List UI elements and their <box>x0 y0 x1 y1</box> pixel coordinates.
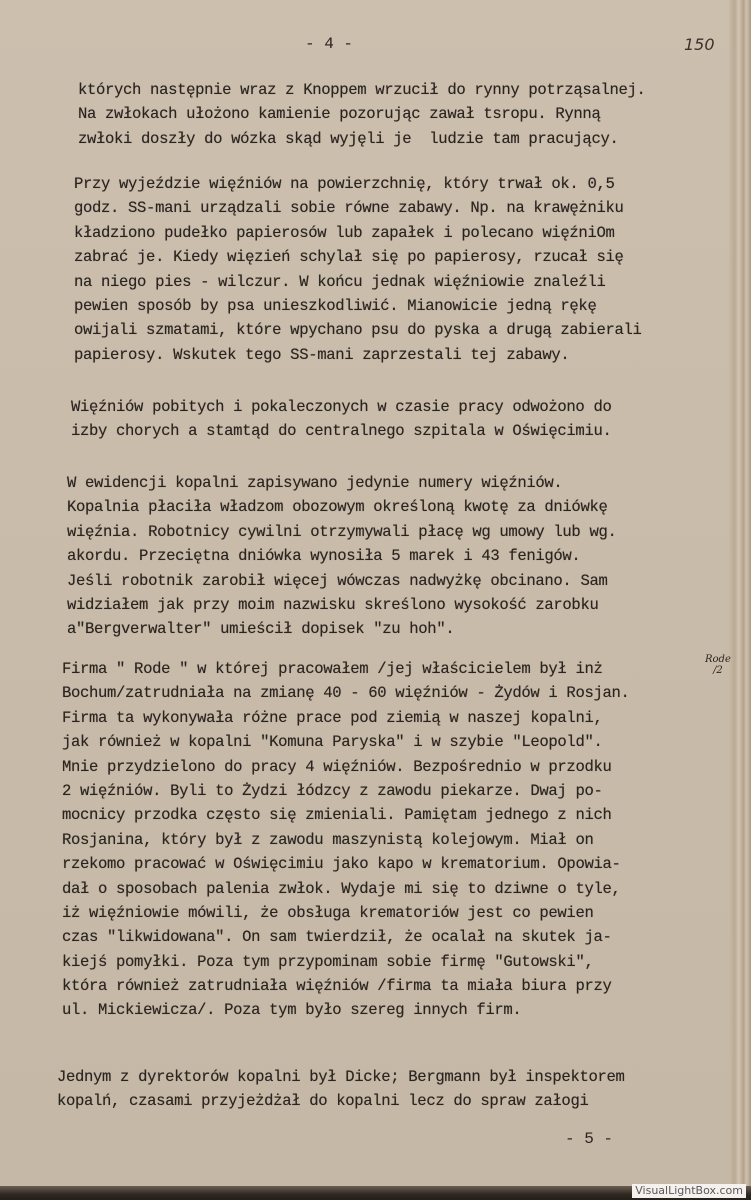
text-line: zabrać je. Kiedy więzień schylał się po … <box>74 245 642 269</box>
text-line: a"Bergverwalter" umieścił dopisek "zu ho… <box>67 617 616 641</box>
text-line: owijali szmatami, które wpychano psu do … <box>74 318 642 342</box>
text-line: widziałem jak przy moim nazwisku skreślo… <box>67 593 616 617</box>
text-line: akordu. Przeciętna dniówka wynosiła 5 ma… <box>67 544 616 568</box>
page-edge <box>729 0 751 1190</box>
text-line: Na zwłokach ułożono kamienie pozorując z… <box>78 102 646 126</box>
text-line: Kopalnia płaciła władzom obozowym określ… <box>67 495 616 519</box>
text-line: na niego pies - wilczur. W końcu jednak … <box>74 270 642 294</box>
text-line: których następnie wraz z Knoppem wrzucił… <box>78 78 646 102</box>
text-line: Mnie przydzielono do pracy 4 więźniów. B… <box>62 755 630 779</box>
paragraph-3: Więźniów pobitych i pokaleczonych w czas… <box>71 395 611 444</box>
text-line: kopalń, czasami przyjeżdżał do kopalni l… <box>57 1089 625 1113</box>
handwritten-margin-note: Rode /2 <box>705 654 731 676</box>
text-line: Jednym z dyrektorów kopalni był Dicke; B… <box>57 1065 625 1089</box>
text-line: Rosjanina, który był z zawodu maszynistą… <box>62 828 630 852</box>
document-page: - 4 - 150 których następnie wraz z Knopp… <box>0 0 751 1190</box>
text-line: więźnia. Robotnicy cywilni otrzymywali p… <box>67 520 616 544</box>
text-line: izby chorych a stamtąd do centralnego sz… <box>71 419 611 443</box>
page-number-header: - 4 - <box>305 35 353 53</box>
text-line: Jeśli robotnik zarobił więcej wówczas na… <box>67 569 616 593</box>
text-line: 2 więźniów. Byli to Żydzi łódzcy z zawod… <box>62 779 630 803</box>
text-line: godz. SS-mani urządzali sobie równe zaba… <box>74 196 642 220</box>
watermark: VisualLightBox.com <box>632 1184 746 1198</box>
text-line: czas "likwidowana". On sam twierdził, że… <box>62 925 630 949</box>
text-line: iż więźniowie mówili, że obsługa kremato… <box>62 901 630 925</box>
margin-note-line-2: /2 <box>705 665 731 676</box>
text-line: papierosy. Wskutek tego SS-mani zaprzest… <box>74 343 642 367</box>
text-line: Firma " Rode " w której pracowałem /jej … <box>62 657 630 681</box>
text-line: Przy wyjeździe więźniów na powierzchnię,… <box>74 172 642 196</box>
text-line: zwłoki doszły do wózka skąd wyjęli je lu… <box>78 127 646 151</box>
paragraph-4: W ewidencji kopalni zapisywano jedynie n… <box>67 471 616 642</box>
margin-note-line-1: Rode <box>705 654 731 665</box>
paragraph-1: których następnie wraz z Knoppem wrzucił… <box>78 78 646 151</box>
text-line: Bochum/zatrudniała na zmianę 40 - 60 wię… <box>62 681 630 705</box>
text-line: rzekomo pracować w Oświęcimiu jako kapo … <box>62 852 630 876</box>
paragraph-5: Firma " Rode " w której pracowałem /jej … <box>62 657 630 1023</box>
text-line: pewien sposób by psa unieszkodliwić. Mia… <box>74 294 642 318</box>
paragraph-2: Przy wyjeździe więźniów na powierzchnię,… <box>74 172 642 367</box>
text-line: Więźniów pobitych i pokaleczonych w czas… <box>71 395 611 419</box>
text-line: dał o sposobach palenia zwłok. Wydaje mi… <box>62 877 630 901</box>
paragraph-6: Jednym z dyrektorów kopalni był Dicke; B… <box>57 1065 625 1114</box>
text-line: mocnicy przodka często się zmieniali. Pa… <box>62 803 630 827</box>
text-line: ul. Mickiewicza/. Poza tym było szereg i… <box>62 998 630 1022</box>
text-line: kładziono pudełko papierosów lub zapałek… <box>74 221 642 245</box>
text-line: kiejś pomyłki. Poza tym przypominam sobi… <box>62 950 630 974</box>
text-line: jak również w kopalni "Komuna Paryska" i… <box>62 730 630 754</box>
text-line: W ewidencji kopalni zapisywano jedynie n… <box>67 471 616 495</box>
text-line: która również zatrudniała więźniów /firm… <box>62 974 630 998</box>
text-line: Firma ta wykonywała różne prace pod ziem… <box>62 706 630 730</box>
page-number-footer: - 5 - <box>565 1130 613 1148</box>
archive-number: 150 <box>684 35 715 54</box>
